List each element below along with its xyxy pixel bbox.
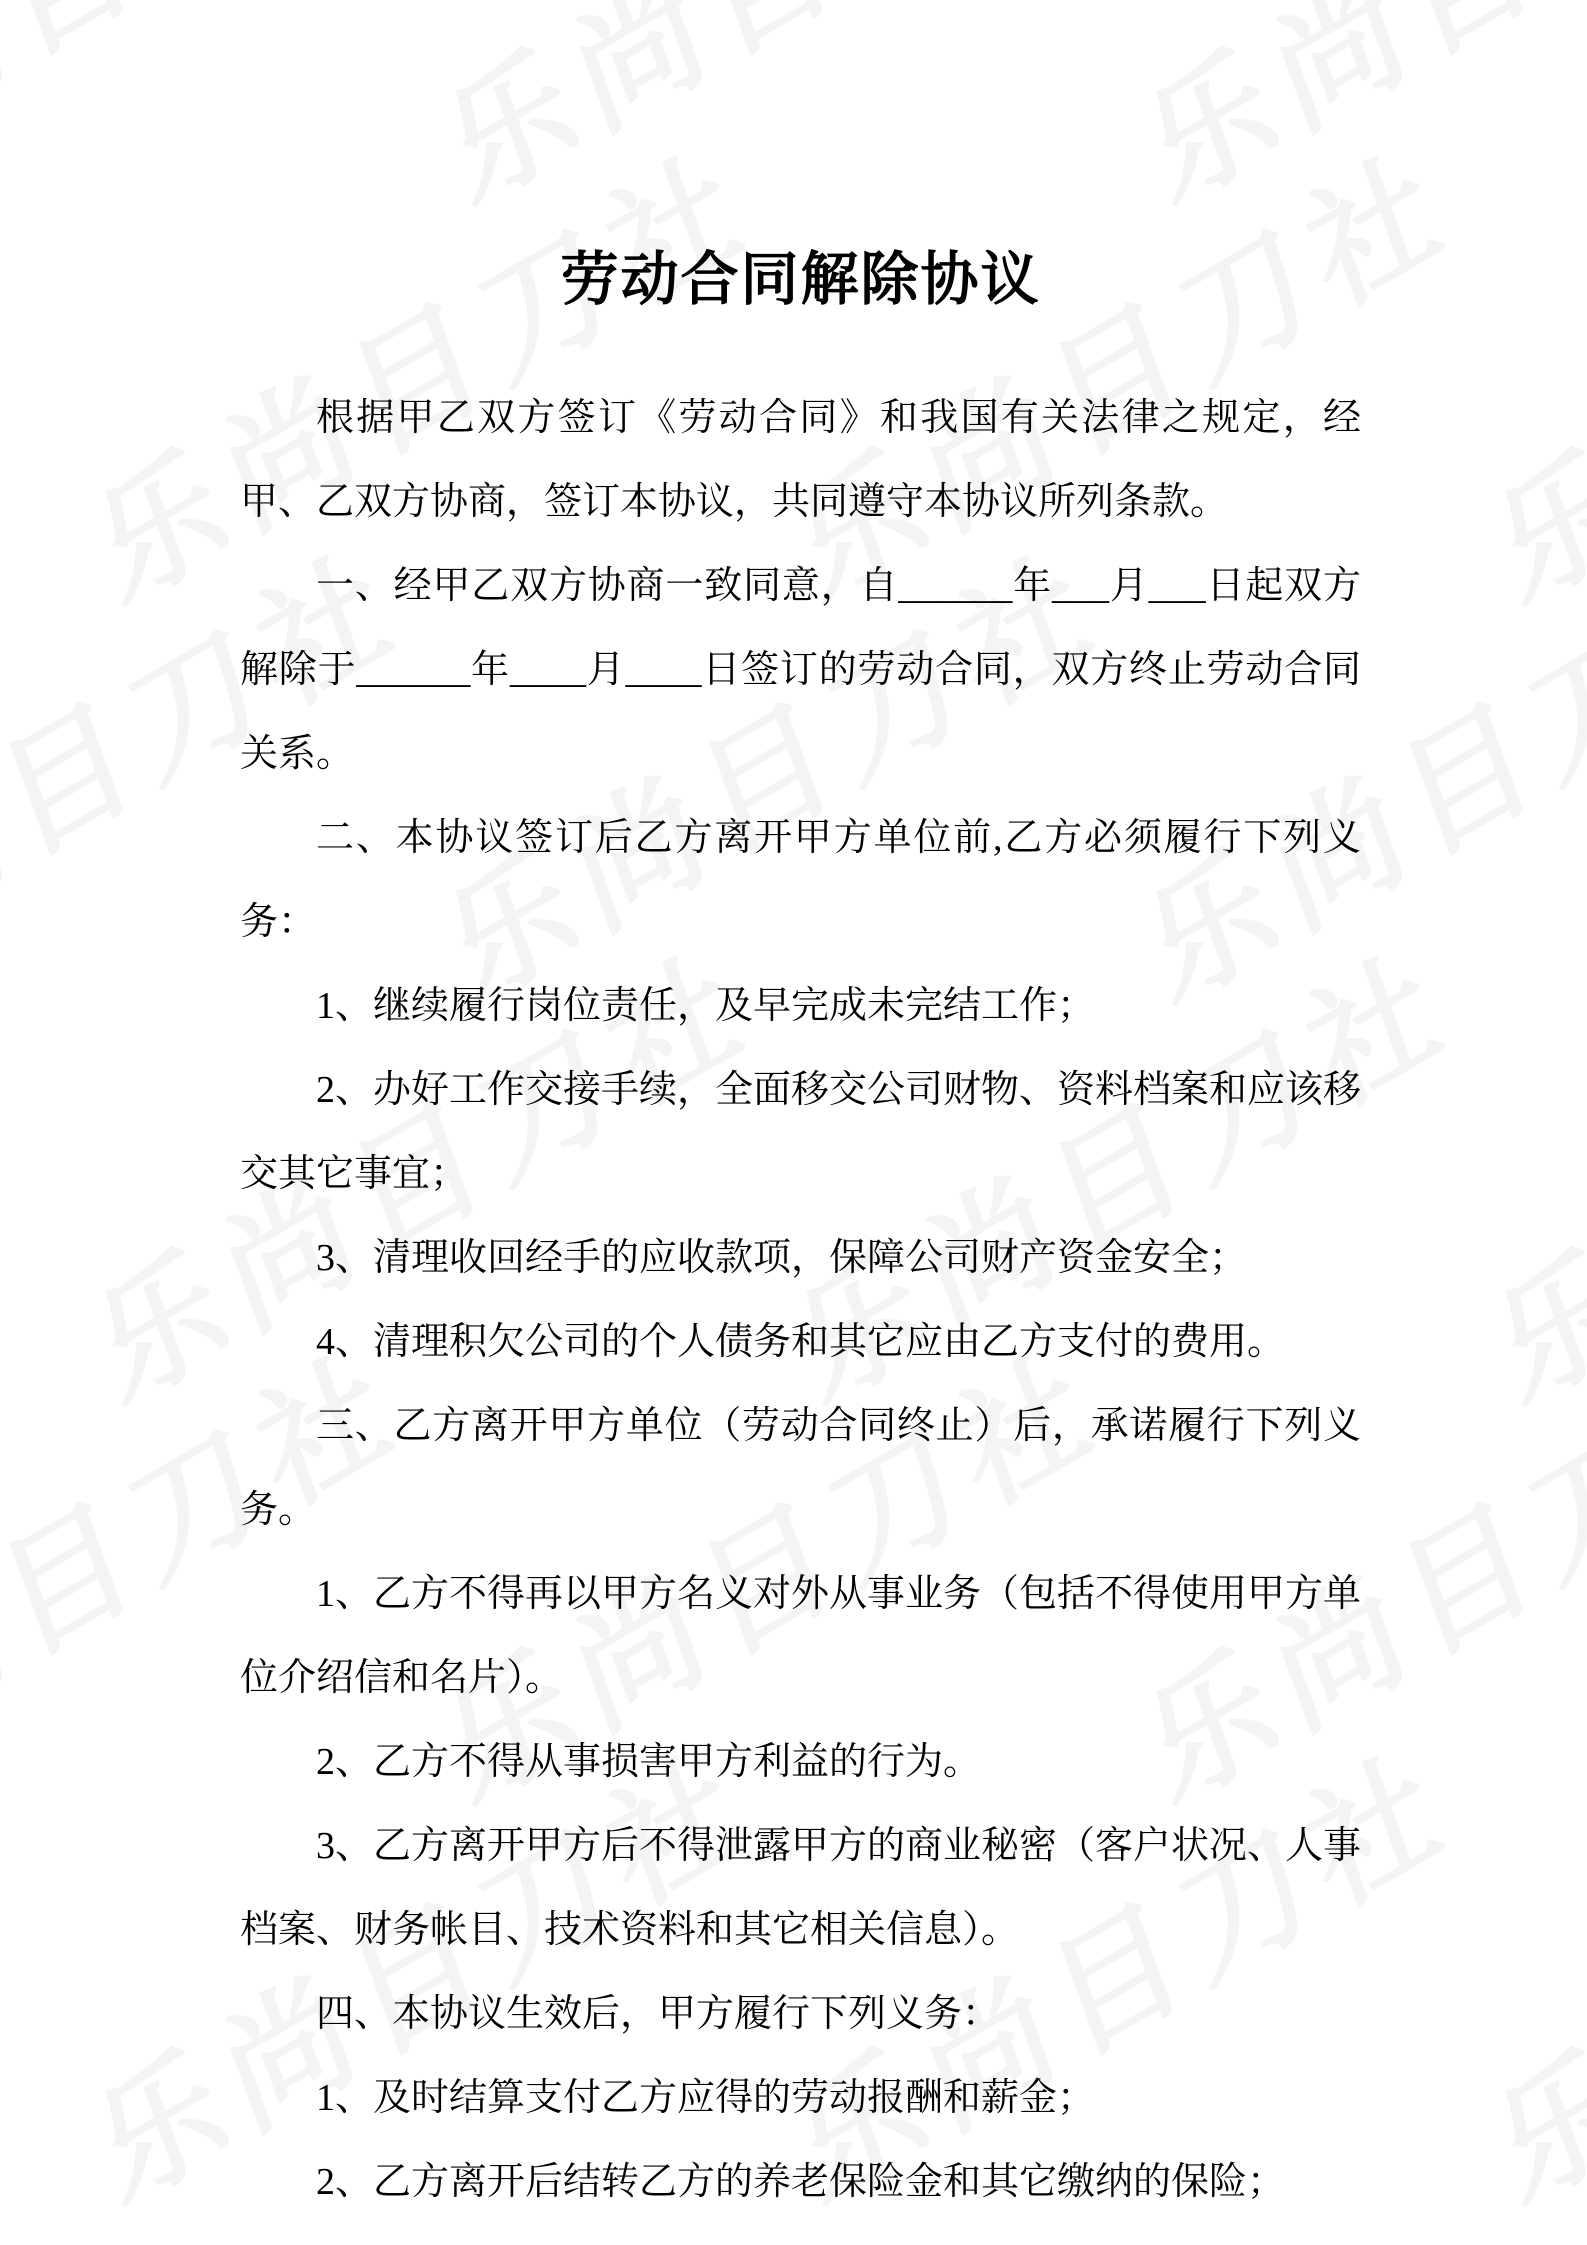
paragraph: 三、乙方离开甲方单位（劳动合同终止）后，承诺履行下列义务。 — [240, 1384, 1361, 1552]
paragraph: 二、本协议签订后乙方离开甲方单位前,乙方必须履行下列义务： — [240, 796, 1361, 964]
watermark-logo: 乐尚目刀社 — [1467, 889, 1587, 1440]
paragraph: 1、继续履行岗位责任，及早完成未完结工作； — [240, 964, 1361, 1048]
paragraph: 2、乙方离开后结转乙方的养老保险金和其它缴纳的保险； — [240, 2140, 1361, 2224]
paragraph: 2、乙方不得从事损害甲方利益的行为。 — [240, 1720, 1361, 1804]
document-page: 乐尚目刀社乐尚目刀社乐尚目刀社乐尚目刀社乐尚目刀社乐尚目刀社乐尚目刀社乐尚目刀社… — [0, 0, 1587, 2245]
paragraph: 一、经甲乙双方协商一致同意，自______年___月___日起双方解除于____… — [240, 544, 1361, 796]
document-body: 根据甲乙双方签订《劳动合同》和我国有关法律之规定，经甲、乙双方协商，签订本协议，… — [240, 376, 1361, 2224]
watermark-logo: 乐尚目刀社 — [1467, 1689, 1587, 2240]
watermark-logo: 乐尚目刀社 — [1467, 89, 1587, 640]
paragraph: 1、乙方不得再以甲方名义对外从事业务（包括不得使用甲方单位介绍信和名片）。 — [240, 1552, 1361, 1720]
paragraph: 1、及时结算支付乙方应得的劳动报酬和薪金； — [240, 2056, 1361, 2140]
document-title: 劳动合同解除协议 — [240, 248, 1361, 312]
paragraph: 3、乙方离开甲方后不得泄露甲方的商业秘密（客户状况、人事档案、财务帐目、技术资料… — [240, 1804, 1361, 1972]
document-content: 劳动合同解除协议 根据甲乙双方签订《劳动合同》和我国有关法律之规定，经甲、乙双方… — [240, 0, 1361, 2224]
paragraph: 3、清理收回经手的应收款项，保障公司财产资金安全； — [240, 1216, 1361, 1300]
paragraph: 2、办好工作交接手续，全面移交公司财物、资料档案和应该移交其它事宜； — [240, 1048, 1361, 1216]
paragraph: 四、本协议生效后，甲方履行下列义务： — [240, 1972, 1361, 2056]
paragraph: 根据甲乙双方签订《劳动合同》和我国有关法律之规定，经甲、乙双方协商，签订本协议，… — [240, 376, 1361, 544]
paragraph: 4、清理积欠公司的个人债务和其它应由乙方支付的费用。 — [240, 1300, 1361, 1384]
